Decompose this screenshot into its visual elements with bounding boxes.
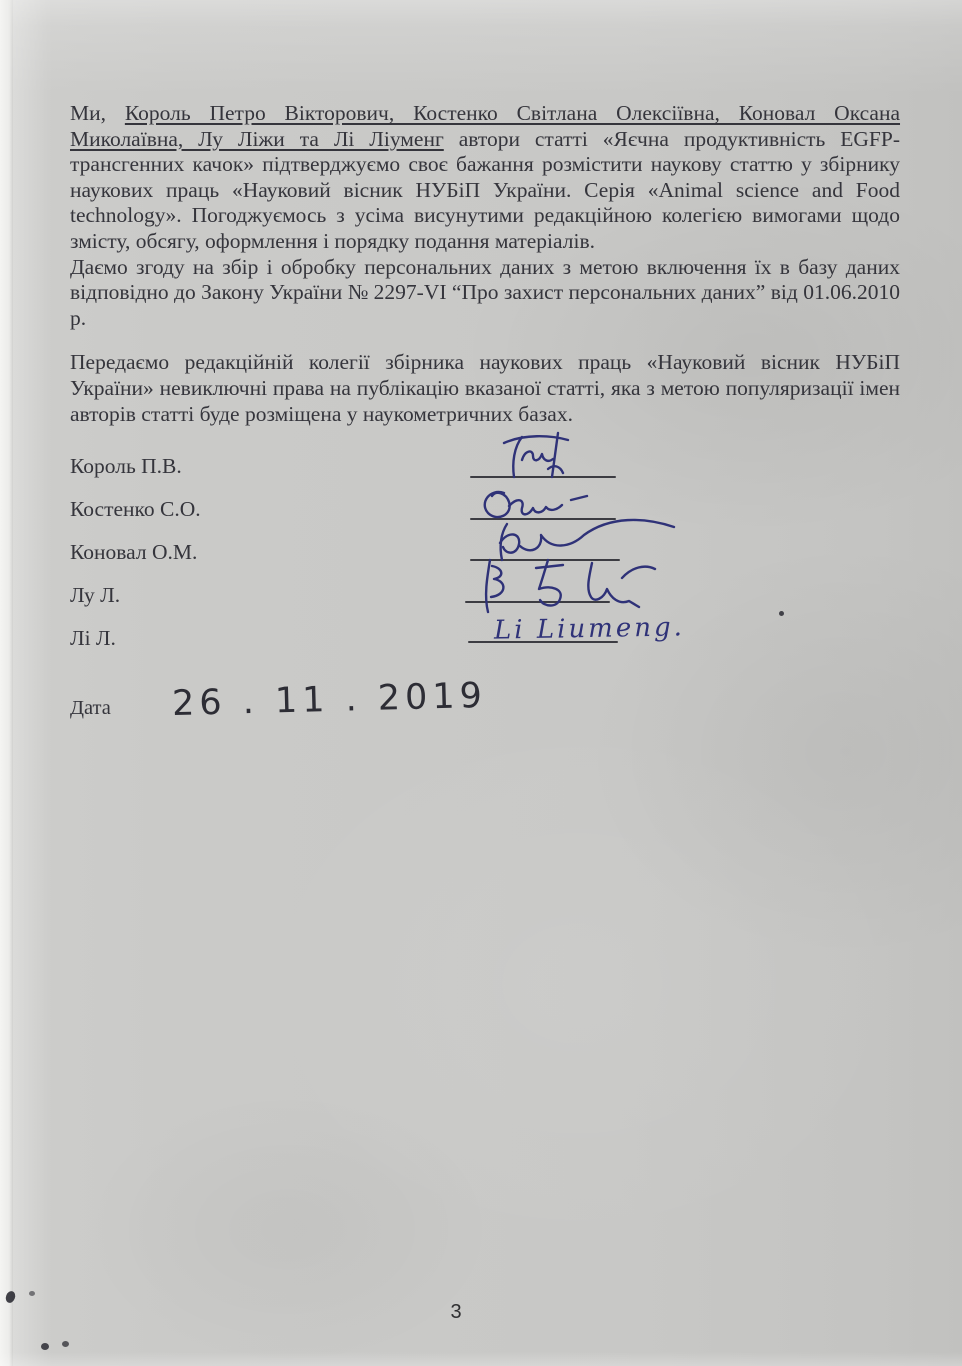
handwritten-date: 26 . 11 . 2019 [172,676,488,724]
scan-bottom-band [0,1352,962,1366]
signatory-name-korol: Король П.В. [70,454,182,479]
paragraph-prefix: Ми, [70,101,125,125]
scan-speckle [41,1343,49,1350]
page-number: 3 [0,1301,912,1324]
date-label: Дата [70,697,111,720]
ink-dot [779,611,784,616]
scan-light-band [13,0,53,1366]
signature-lu [476,556,666,614]
scan-edge-strip [0,0,13,1366]
signature-li: Li Liumeng. [494,612,685,645]
signatory-name-konoval: Коновал О.М. [70,540,197,565]
signatory-name-li: Лі Л. [70,626,116,651]
scan-speckle [29,1291,35,1296]
document-body: Ми, Король Петро Вікторович, Костенко Св… [70,101,900,427]
scanned-document-page: Ми, Король Петро Вікторович, Костенко Св… [0,0,962,1366]
paragraph-authors: Ми, Король Петро Вікторович, Костенко Св… [70,101,900,255]
scan-speckle [62,1341,69,1347]
signature-korol [492,429,587,481]
paragraph-personal-data-consent: Даємо згоду на збір і обробку персональн… [70,255,900,332]
signatory-name-kostenko: Костенко С.О. [70,497,201,522]
paragraph-publication-rights: Передаємо редакційній колегії збірника н… [70,350,900,427]
signatory-name-lu: Лу Л. [70,583,120,608]
